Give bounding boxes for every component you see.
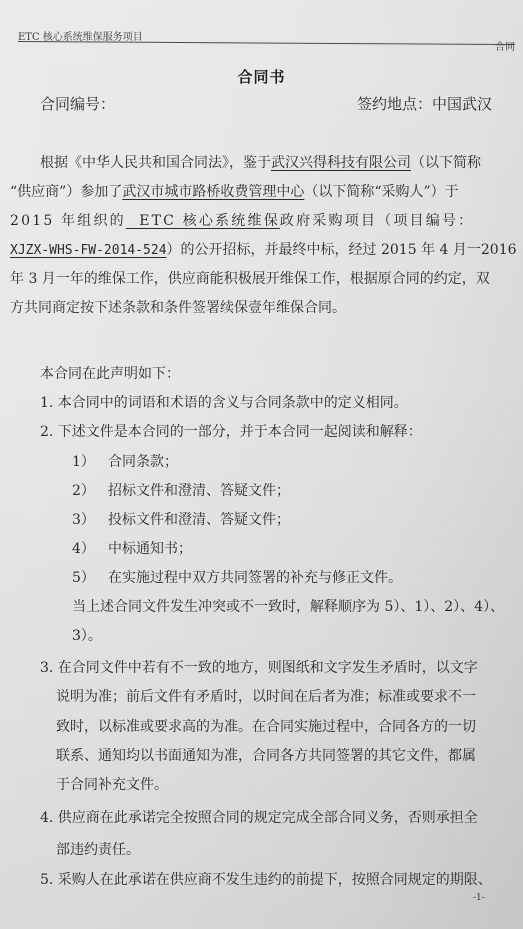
intro-text: 根据《中华人民共和国合同法》，鉴于 [40,155,271,171]
clause-3-line-2: 说明为准；前后文件有矛盾时，以时间在后者为准；标准或要求不一 [56,683,476,712]
clause-4-line-1: 4. 供应商在此承诺完全按照合同的规定完成全部合同义务，否则承担全 [40,804,478,833]
clause-5-line-1: 5. 采购人在此承诺在供应商不发生违约的前提下，按照合同规定的期限、 [40,866,492,895]
document-title: 合同书 [0,66,523,87]
list-text: 招标文件和澄清、答疑文件； [108,483,290,499]
intro-text: 政府采购项目（项目编号： [280,213,474,229]
precedence-order-line-2: 3）。 [72,622,102,651]
intro-line-1: 根据《中华人民共和国合同法》，鉴于武汉兴得科技有限公司（以下简称 [10,149,519,178]
intro-text: 2015 年组织的 [10,213,126,229]
document-list-item: 5）在实施过程中双方共同签署的补充与修正文件。 [72,564,402,593]
page-number: -1- [473,893,485,903]
precedence-order-line-1: 当上述合同文件发生冲突或不一致时，解释顺序为 5）、1）、2）、4）、 [72,593,504,622]
list-text: 在实施过程中双方共同签署的补充与修正文件。 [108,570,402,586]
clause-3-line-1: 3. 在合同文件中若有不一致的地方，则图纸和文字发生矛盾时，以文字 [40,654,478,683]
intro-text: “供应商”）参加了 [10,184,122,200]
list-number: 5） [72,564,108,593]
list-number: 4） [72,535,108,564]
running-header: ETC 核心系统维保服务项目 合同 [18,26,515,42]
list-text: 投标文件和澄清、答疑文件； [108,512,290,528]
intro-text: ）的公开招标，并最终中标，经过 2015 年 4 月一2016 [167,242,517,258]
intro-line-5: 年 3 月一年的维保工作，供应商能积极展开维保工作，根据原合同的约定，双 [10,265,519,294]
list-text: 合同条款； [108,454,178,470]
intro-text: （以下简称 [411,155,481,171]
document-list-item: 1）合同条款； [72,448,178,477]
clause-1: 1. 本合同中的词语和术语的含义与合同条款中的定义相同。 [40,389,408,418]
intro-line-6: 方共同商定按下述条款和条件签署续保壹年维保合同。 [10,294,519,323]
document-list-item: 2）招标文件和澄清、答疑文件； [72,477,290,506]
purchaser-name: 武汉市城市路桥收费管理中心 [122,184,304,200]
project-number: XJZX-WHS-FW-2014-524 [10,243,167,258]
list-number: 3） [72,506,108,535]
clause-2: 2. 下述文件是本合同的一部分，并于本合同一起阅读和解释： [40,418,422,447]
clause-3-line-3: 致时，以标准或要求高的为准。在合同实施过程中，合同各方的一切 [56,713,476,742]
intro-line-4: XJZX-WHS-FW-2014-524）的公开招标，并最终中标，经过 2015… [10,236,519,265]
intro-paragraph: 根据《中华人民共和国合同法》，鉴于武汉兴得科技有限公司（以下简称 “供应商”）参… [10,149,519,323]
intro-line-3: 2015 年组织的 ETC 核心系统维保政府采购项目（项目编号： [10,207,519,236]
intro-text: （以下简称“采购人”）于 [304,184,458,200]
list-number: 2） [72,477,108,506]
supplier-name: 武汉兴得科技有限公司 [271,155,411,171]
list-text: 中标通知书； [108,541,192,557]
document-list-item: 4）中标通知书； [72,535,192,564]
project-name: ETC 核心系统维保 [126,213,280,229]
list-number: 1） [72,448,108,477]
intro-line-2: “供应商”）参加了武汉市城市路桥收费管理中心（以下简称“采购人”）于 [10,178,519,207]
clause-3-line-5: 于合同补充文件。 [56,771,168,800]
clause-3-line-4: 联系、通知均以书面通知为准，合同各方共同签署的其它文件，都属 [56,742,476,771]
clause-4-line-2: 部违约责任。 [56,836,140,865]
document-list-item: 3）投标文件和澄清、答疑文件； [72,506,290,535]
signing-location: 签约地点：中国武汉 [357,93,492,114]
declaration-heading: 本合同在此声明如下： [40,360,180,389]
contract-number-label: 合同编号： [40,93,115,114]
header-section-label: 合同 [495,38,515,53]
